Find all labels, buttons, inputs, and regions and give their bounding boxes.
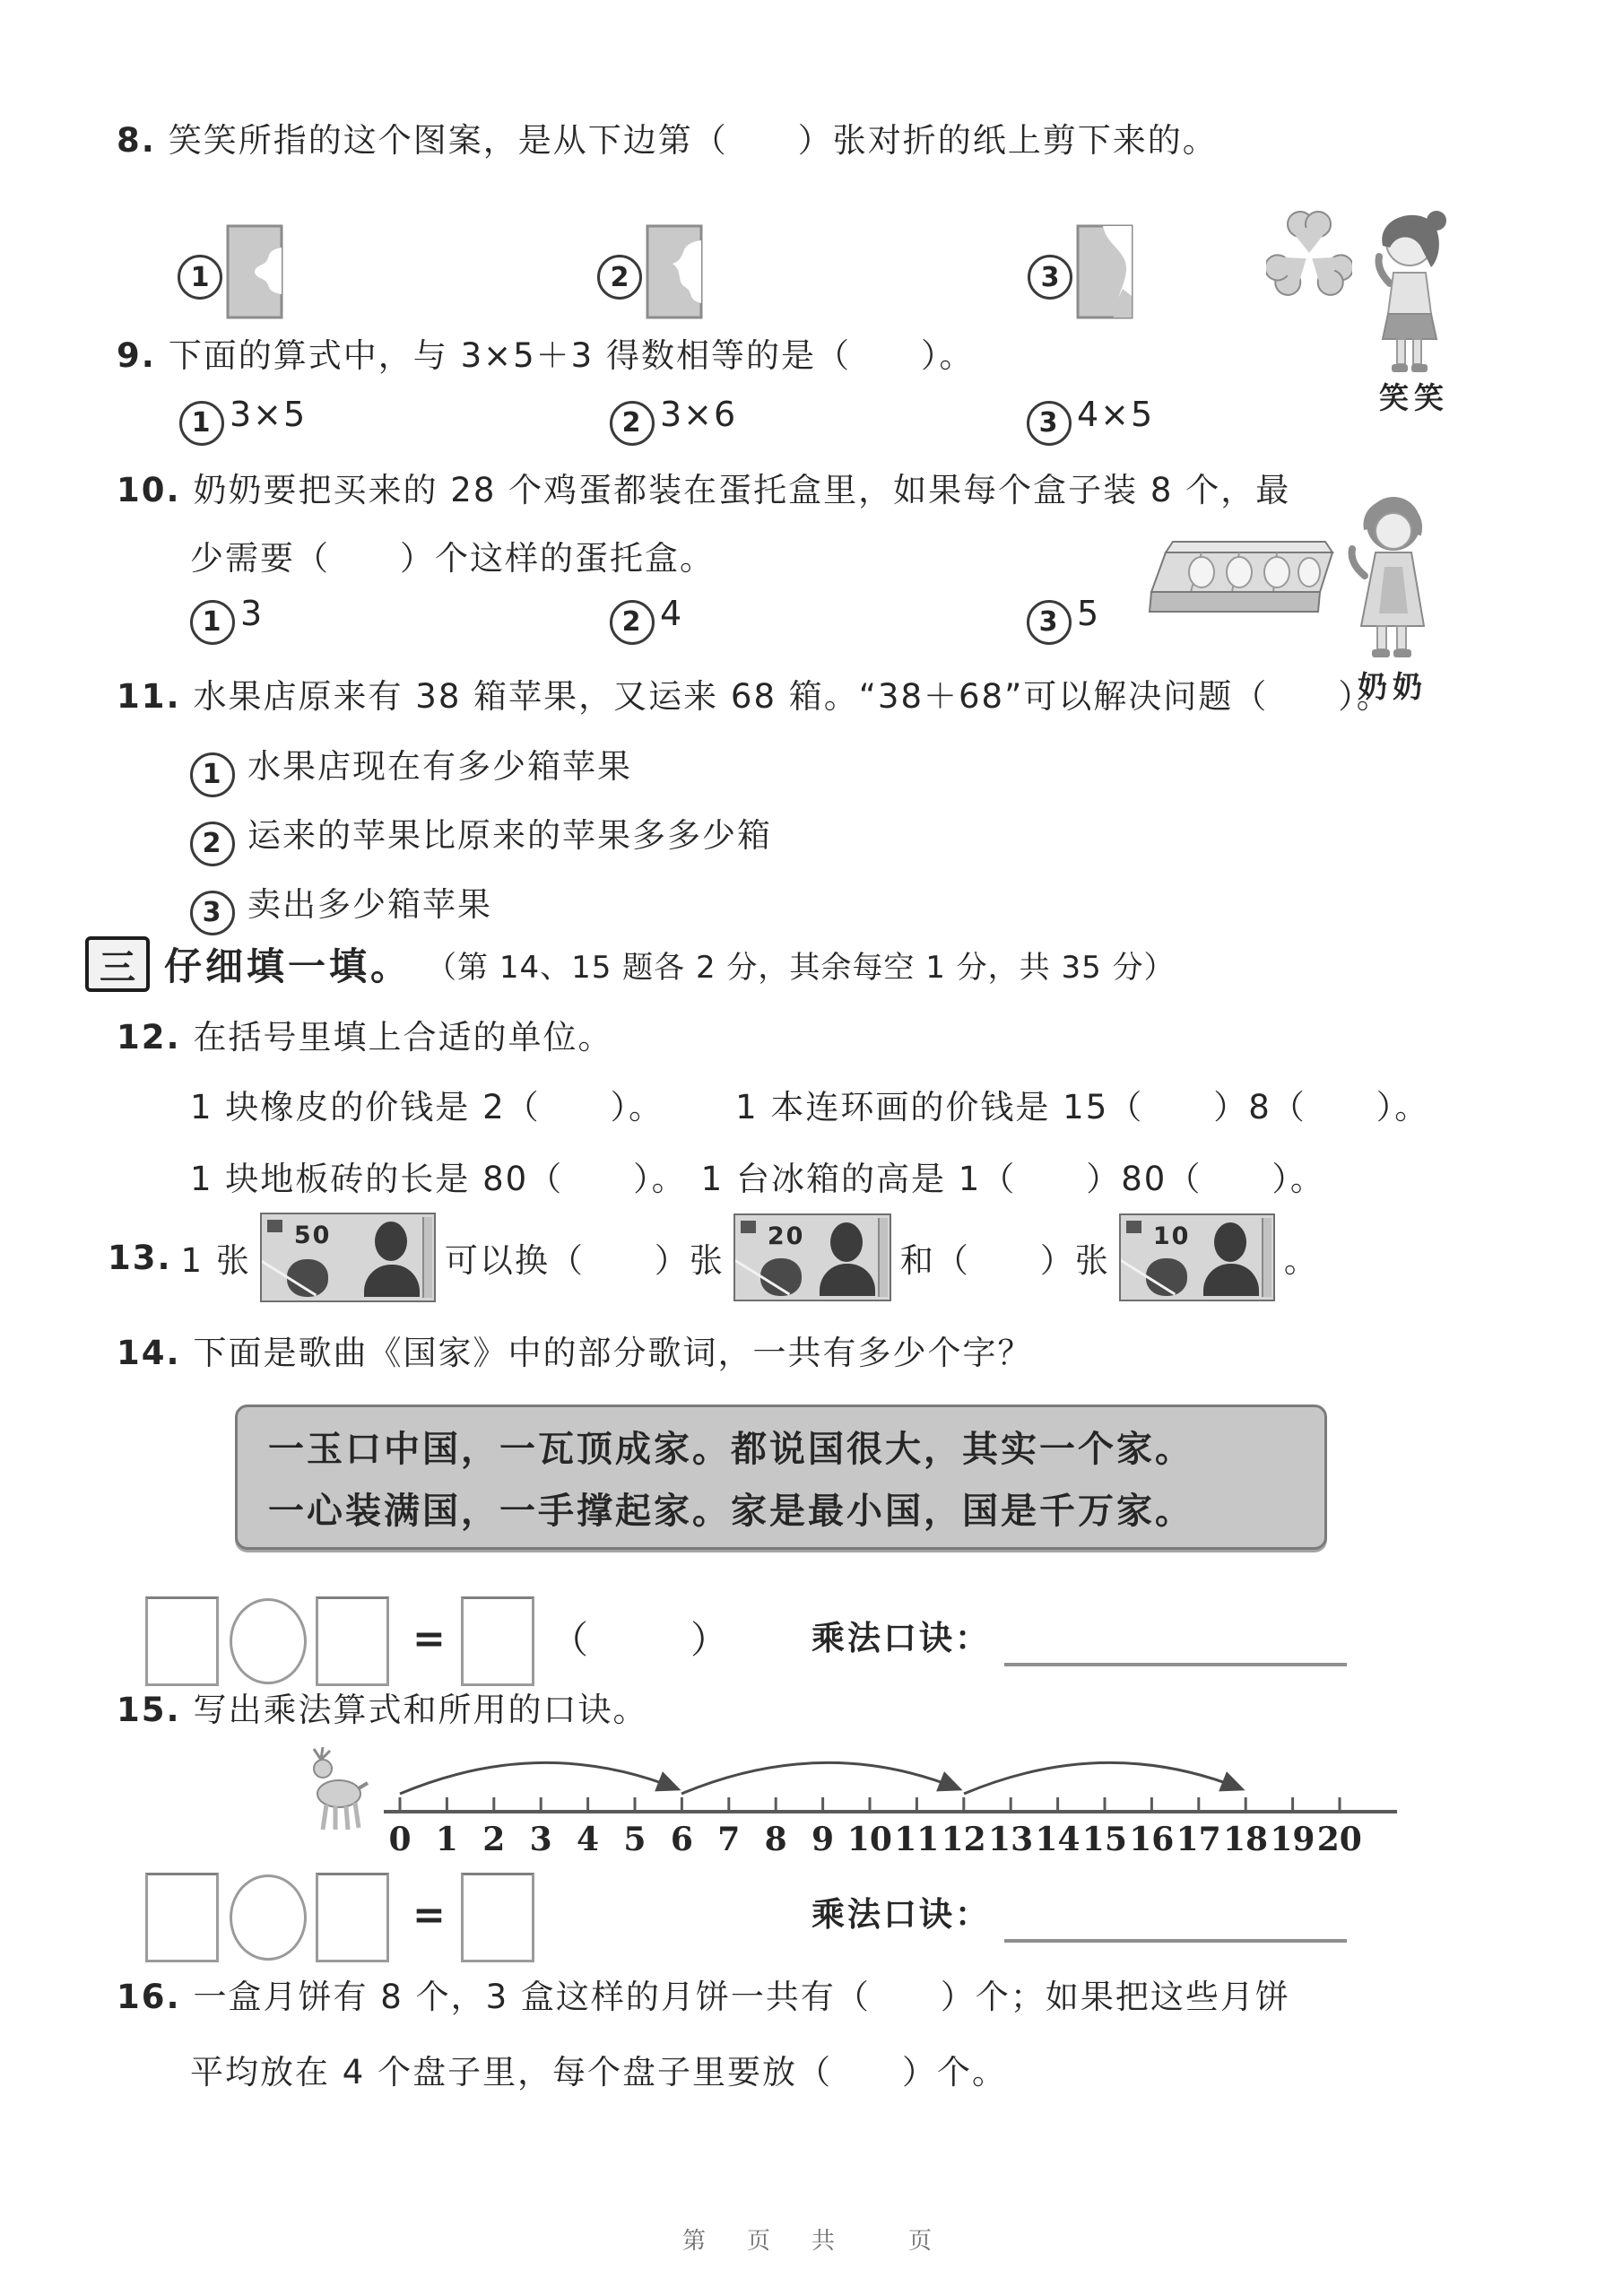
section-3-score-note: （第 14、15 题各 2 分，其余每空 1 分，共 35 分） <box>426 943 1176 987</box>
question-12-line1-left: 1 块橡皮的价钱是 2（ ）。 <box>190 1080 664 1128</box>
question-11-number: 11. <box>117 677 181 716</box>
cutout-option-3: 3 <box>1028 224 1133 319</box>
tick-label: 17 <box>1176 1821 1222 1858</box>
circled-number-icon: 3 <box>190 891 235 935</box>
question-12-number: 12. <box>117 1018 181 1057</box>
note-portrait-icon <box>1214 1222 1246 1262</box>
answer-box <box>461 1596 534 1686</box>
note-portrait-icon <box>1203 1264 1259 1296</box>
note-denomination: 10 <box>1153 1222 1191 1250</box>
formula-blank-line <box>1004 1939 1347 1943</box>
equals-sign: = <box>412 1892 446 1938</box>
formula-blank-line <box>1004 1663 1347 1666</box>
question-16-stem-row2: 平均放在 4 个盘子里，每个盘子里要放（ ）个。 <box>190 2045 1007 2093</box>
number-line: 0 1 2 3 4 5 6 7 8 9 10 11 12 13 14 15 16… <box>377 1747 1399 1865</box>
tick-label: 15 <box>1081 1821 1128 1858</box>
note-portrait-icon <box>820 1264 875 1296</box>
note-denomination: 20 <box>768 1222 805 1250</box>
answer-box <box>145 1596 219 1686</box>
egg-tray-icon <box>1146 536 1339 626</box>
jump-arc-12-18 <box>964 1762 1240 1794</box>
note-emblem-icon <box>741 1221 756 1233</box>
multiplication-formula-label: 乘法口诀： <box>811 1887 991 1935</box>
lyrics-box: 一玉口中国，一瓦顶成家。都说国很大，其实一个家。 一心装满国，一手撑起家。家是最… <box>235 1405 1327 1550</box>
answer-box <box>316 1873 389 1962</box>
note-portrait-icon <box>364 1265 420 1297</box>
question-15-number: 15. <box>117 1691 181 1729</box>
question-14-text: 下面是歌曲《国家》中的部分歌词，一共有多少个字？ <box>194 1326 1033 1374</box>
circled-number-icon: 3 <box>1027 600 1072 645</box>
tick-label: 14 <box>1034 1821 1081 1858</box>
lyrics-line-2: 一心装满国，一手撑起家。家是最小国，国是千万家。 <box>268 1483 1294 1534</box>
question-14-number: 14. <box>117 1334 181 1372</box>
question-11-option-1: 1 水果店现在有多少箱苹果 <box>190 739 632 792</box>
tick-label: 1 <box>423 1821 470 1858</box>
folded-paper-cut-3-icon <box>1076 224 1133 319</box>
question-13-end: 。 <box>1284 1233 1319 1282</box>
operator-circle <box>230 1874 307 1961</box>
tick-label: 5 <box>612 1821 658 1858</box>
question-16-number: 16. <box>117 1978 181 2016</box>
clover-pattern-icon <box>1266 199 1352 300</box>
question-12-line2-right: 1 台冰箱的高是 1（ ）80（ ）。 <box>701 1152 1325 1200</box>
tick-label: 8 <box>752 1821 799 1858</box>
note-portrait-icon <box>375 1222 407 1261</box>
page-footer: 第 页 共 页 <box>0 2222 1623 2256</box>
answer-box <box>145 1873 219 1962</box>
question-8-stem-row: 8. 笑笑所指的这个图案，是从下边第（ ）张对折的纸上剪下来的。 <box>117 113 1218 161</box>
tick-label: 10 <box>846 1821 893 1858</box>
circled-number-icon: 2 <box>190 822 235 866</box>
question-11-option-3: 3 卖出多少箱苹果 <box>190 877 492 930</box>
circled-number-icon: 1 <box>178 255 222 300</box>
jump-arc-6-12 <box>681 1762 958 1794</box>
circled-number-icon: 1 <box>179 401 224 446</box>
question-12-line1-right: 1 本连环画的价钱是 15（ ）8（ ）。 <box>735 1080 1429 1128</box>
note-edge-strip-icon <box>1262 1218 1271 1297</box>
question-16-text-line2: 平均放在 4 个盘子里，每个盘子里要放（ ）个。 <box>190 2045 1007 2093</box>
tick-label: 20 <box>1316 1821 1363 1858</box>
question-10-text-line2: 少需要（ ）个这样的蛋托盒。 <box>190 531 715 579</box>
question-13-mid2: 和（ ）张 <box>900 1233 1110 1282</box>
tick-label: 11 <box>893 1821 940 1858</box>
option-text: 4 <box>660 594 683 633</box>
question-12-line2-left: 1 块地板砖的长是 80（ ）。 <box>190 1152 687 1200</box>
note-edge-strip-icon <box>422 1217 432 1298</box>
question-14-answer-row: = （ ） 乘法口诀： <box>145 1596 1544 1695</box>
note-emblem-icon <box>267 1220 282 1232</box>
question-13-number: 13. <box>108 1239 172 1277</box>
answer-box <box>316 1596 389 1686</box>
question-15-answer-row: = 乘法口诀： <box>145 1873 1544 1971</box>
cutout-option-2: 2 <box>597 224 703 319</box>
question-12-stem-row: 12. 在括号里填上合适的单位。 <box>117 1010 613 1058</box>
tick-label: 12 <box>941 1821 987 1858</box>
question-9-text: 下面的算式中，与 3×5＋3 得数相等的是（ ）。 <box>169 328 975 377</box>
tick-label: 2 <box>471 1821 517 1858</box>
circled-number-icon: 2 <box>610 600 655 645</box>
question-10-stem-row2: 少需要（ ）个这样的蛋托盒。 <box>190 531 715 579</box>
circled-number-icon: 1 <box>190 600 235 645</box>
question-10-stem-row: 10. 奶奶要把买来的 28 个鸡蛋都装在蛋托盒里，如果每个盒子装 8 个，最 <box>117 463 1290 511</box>
tick-label: 3 <box>517 1821 564 1858</box>
section-3-title: 仔细填一填。 <box>164 937 412 991</box>
question-12-line1: 1 块橡皮的价钱是 2（ ）。 1 本连环画的价钱是 15（ ）8（ ）。 <box>190 1080 1429 1128</box>
tick-label: 4 <box>565 1821 612 1858</box>
option-2: 2 4 <box>610 594 683 639</box>
question-11-option-2: 2 运来的苹果比原来的苹果多多少箱 <box>190 808 772 861</box>
question-8-number: 8. <box>117 121 156 160</box>
question-11-stem-row: 11. 水果店原来有 38 箱苹果，又运来 68 箱。“38＋68”可以解决问题… <box>117 669 1392 717</box>
option-text: 水果店现在有多少箱苹果 <box>247 739 632 787</box>
question-9-number: 9. <box>117 336 156 375</box>
section-3-header: 三 仔细填一填。 （第 14、15 题各 2 分，其余每空 1 分，共 35 分… <box>85 936 1176 992</box>
circled-number-icon: 2 <box>597 255 642 300</box>
circled-number-icon: 2 <box>610 401 655 446</box>
note-emblem-icon <box>1126 1221 1141 1233</box>
banknote-20-yuan: 20 <box>733 1213 891 1301</box>
tick-label: 0 <box>377 1821 423 1858</box>
option-text: 运来的苹果比原来的苹果多多少箱 <box>247 808 772 857</box>
tick-label: 18 <box>1222 1821 1269 1858</box>
note-denomination: 50 <box>294 1222 332 1249</box>
deer-icon <box>296 1745 377 1835</box>
question-12-line2: 1 块地板砖的长是 80（ ）。 1 台冰箱的高是 1（ ）80（ ）。 <box>190 1152 1325 1200</box>
tick-label: 19 <box>1269 1821 1315 1858</box>
grandma-icon <box>1338 490 1449 665</box>
banknote-50-yuan: 50 <box>260 1213 436 1302</box>
worksheet-page: 8. 笑笑所指的这个图案，是从下边第（ ）张对折的纸上剪下来的。 1 2 3 <box>0 0 1623 2296</box>
question-15-text: 写出乘法算式和所用的口诀。 <box>194 1683 648 1731</box>
girl-xiaoxiao-icon <box>1361 204 1458 377</box>
jump-arc-0-6 <box>400 1762 676 1794</box>
question-10-text-line1: 奶奶要把买来的 28 个鸡蛋都装在蛋托盒里，如果每个盒子装 8 个，最 <box>194 463 1291 511</box>
option-3: 3 4×5 <box>1027 395 1154 440</box>
equals-sign: = <box>412 1616 446 1662</box>
option-text: 5 <box>1077 594 1100 633</box>
circled-number-icon: 1 <box>190 752 235 797</box>
folded-paper-cut-2-icon <box>646 224 703 319</box>
option-text: 3×5 <box>230 395 307 434</box>
question-12-text: 在括号里填上合适的单位。 <box>194 1010 613 1058</box>
banknote-10-yuan: 10 <box>1119 1213 1275 1301</box>
number-line-labels: 0 1 2 3 4 5 6 7 8 9 10 11 12 13 14 15 16… <box>377 1821 1363 1858</box>
circled-number-icon: 3 <box>1028 255 1072 300</box>
note-edge-strip-icon <box>878 1218 888 1297</box>
question-11-text: 水果店原来有 38 箱苹果，又运来 68 箱。“38＋68”可以解决问题（ ）。 <box>194 669 1392 717</box>
tick-label: 9 <box>800 1821 846 1858</box>
lyrics-line-1: 一玉口中国，一瓦顶成家。都说国很大，其实一个家。 <box>268 1421 1294 1472</box>
option-text: 4×5 <box>1077 395 1154 434</box>
question-14-stem-row: 14. 下面是歌曲《国家》中的部分歌词，一共有多少个字？ <box>117 1326 1033 1374</box>
option-2: 2 3×6 <box>610 395 737 440</box>
option-3: 3 5 <box>1027 594 1100 639</box>
option-text: 3×6 <box>660 395 737 434</box>
girl-name-label: 笑笑 <box>1379 375 1449 417</box>
multiplication-formula-label: 乘法口诀： <box>811 1611 991 1659</box>
question-13-pre: 1 张 <box>181 1233 251 1282</box>
unit-blank: （ ） <box>551 1611 737 1665</box>
question-8-text: 笑笑所指的这个图案，是从下边第（ ）张对折的纸上剪下来的。 <box>169 113 1218 161</box>
folded-paper-cut-1-icon <box>226 224 283 319</box>
circled-number-icon: 3 <box>1027 401 1072 446</box>
question-8-figures: 1 2 3 <box>0 199 1623 423</box>
option-text: 卖出多少箱苹果 <box>247 877 492 926</box>
section-3-marker-icon: 三 <box>85 936 150 992</box>
tick-label: 7 <box>706 1821 752 1858</box>
operator-circle <box>230 1598 307 1684</box>
answer-box <box>461 1873 534 1962</box>
question-16-stem-row: 16. 一盒月饼有 8 个，3 盒这样的月饼一共有（ ）个；如果把这些月饼 <box>117 1970 1290 2018</box>
tick-label: 16 <box>1128 1821 1175 1858</box>
option-1: 1 3×5 <box>179 395 307 440</box>
question-13-mid1: 可以换（ ）张 <box>445 1233 725 1282</box>
option-1: 1 3 <box>190 594 264 639</box>
question-15-stem-row: 15. 写出乘法算式和所用的口诀。 <box>117 1683 648 1731</box>
question-10-number: 10. <box>117 471 181 509</box>
note-portrait-icon <box>830 1222 863 1262</box>
question-13-row: 13. 1 张 50 可以换（ ）张 20 和（ ）张 10 <box>108 1213 1319 1302</box>
cutout-option-1: 1 <box>178 224 283 319</box>
option-text: 3 <box>240 594 264 633</box>
tick-label: 13 <box>987 1821 1034 1858</box>
question-16-text-line1: 一盒月饼有 8 个，3 盒这样的月饼一共有（ ）个；如果把这些月饼 <box>194 1970 1290 2018</box>
tick-label: 6 <box>658 1821 705 1858</box>
question-9-stem-row: 9. 下面的算式中，与 3×5＋3 得数相等的是（ ）。 <box>117 328 974 377</box>
